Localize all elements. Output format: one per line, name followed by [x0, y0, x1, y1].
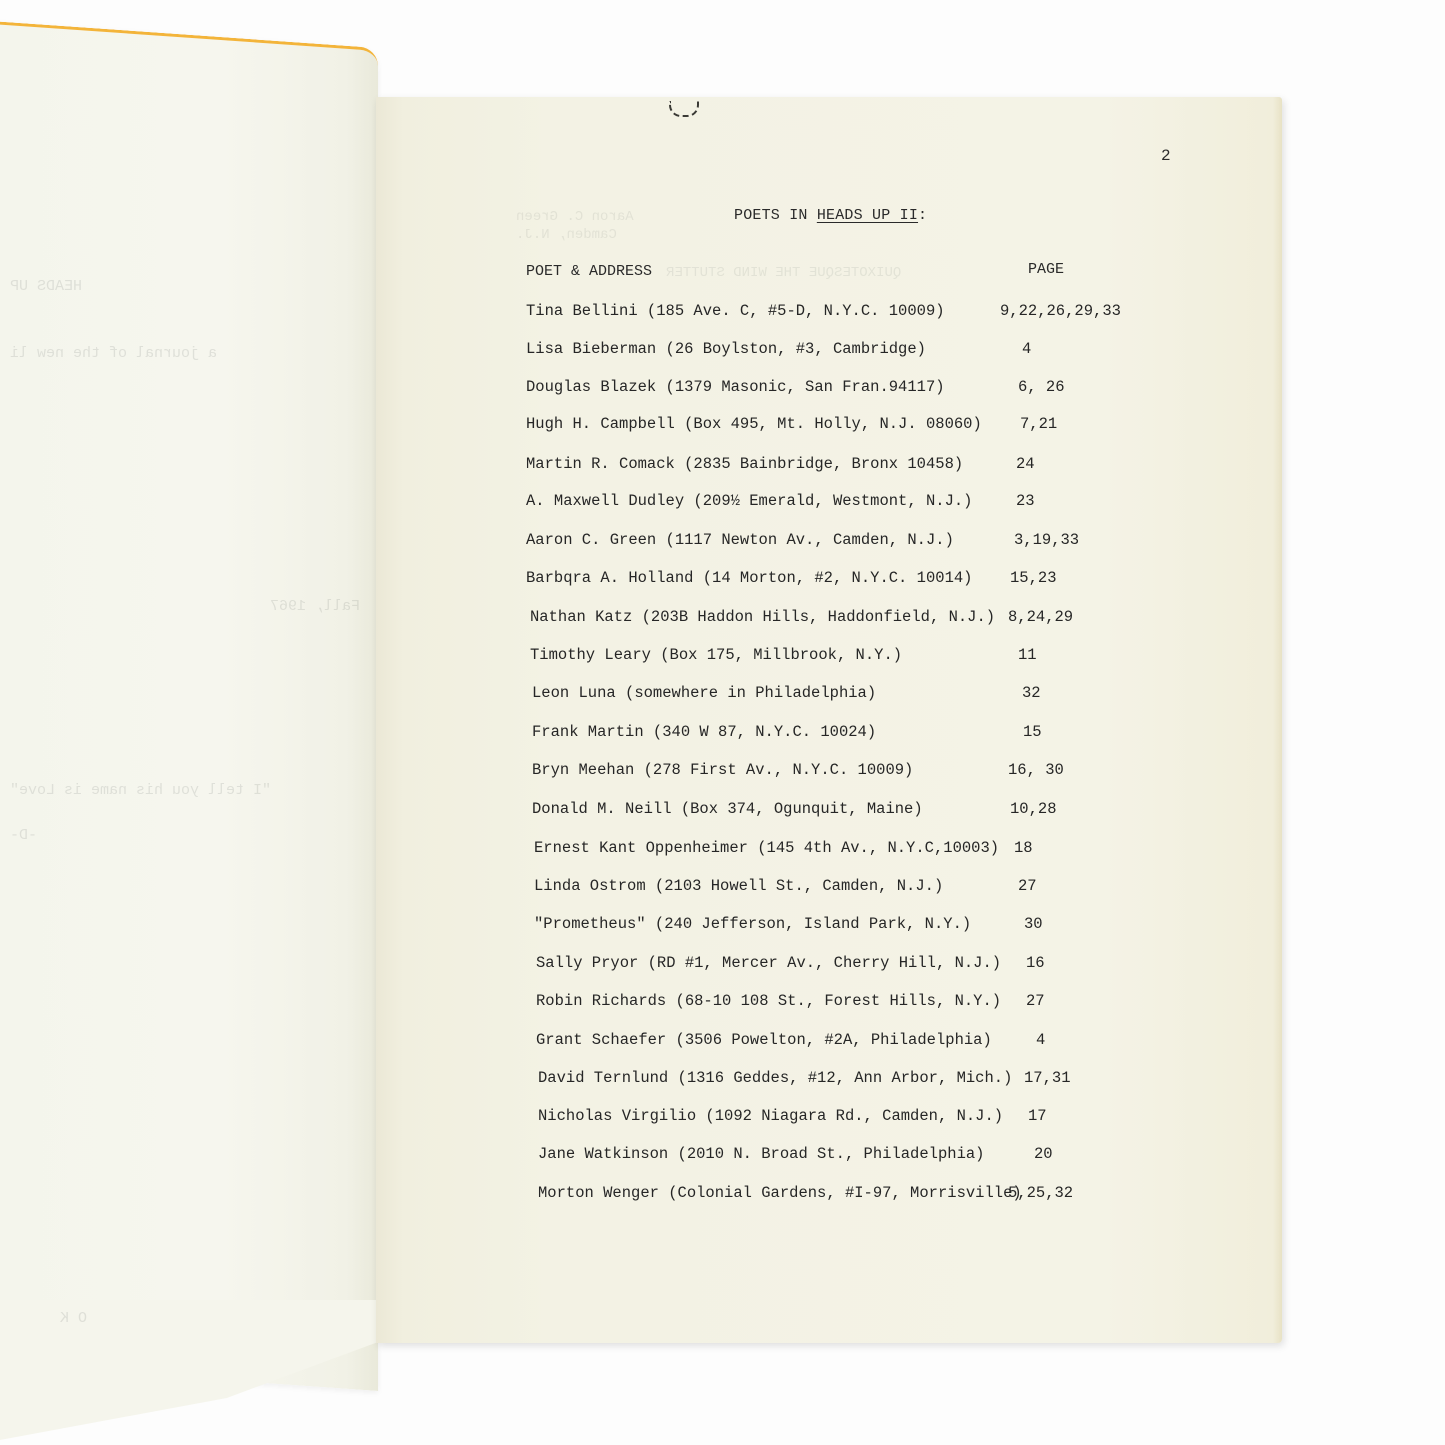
- poet-name-address: Donald M. Neill (Box 374, Ogunquit, Main…: [532, 800, 923, 818]
- poet-name-address: Jane Watkinson (2010 N. Broad St., Phila…: [538, 1145, 984, 1163]
- title-publication: HEADS UP II: [817, 207, 918, 224]
- poet-pages: 20: [1034, 1145, 1053, 1163]
- poet-pages: 3,19,33: [1014, 531, 1079, 549]
- poet-entry: Jane Watkinson (2010 N. Broad St., Phila…: [538, 1145, 1158, 1167]
- poet-entry: Aaron C. Green (1117 Newton Av., Camden,…: [526, 531, 1146, 553]
- bleed-through-line: QUIXOTESQUE THE WIND STUTTER: [666, 265, 901, 281]
- poet-pages: 6, 26: [1018, 378, 1065, 396]
- column-header-page: PAGE: [1028, 261, 1064, 278]
- poet-pages: 32: [1022, 684, 1041, 702]
- poet-name-address: Douglas Blazek (1379 Masonic, San Fran.9…: [526, 378, 945, 396]
- poet-name-address: Robin Richards (68-10 108 St., Forest Hi…: [536, 992, 1001, 1010]
- page-title: POETS IN HEADS UP II:: [734, 207, 927, 224]
- poet-entry: Robin Richards (68-10 108 St., Forest Hi…: [536, 992, 1156, 1014]
- bleed-through-line: HEADS UP: [10, 278, 82, 295]
- poet-entry: A. Maxwell Dudley (209½ Emerald, Westmon…: [526, 492, 1146, 514]
- poet-name-address: "Prometheus" (240 Jefferson, Island Park…: [534, 915, 971, 933]
- bleed-through-line: a journal of the new li: [10, 345, 217, 362]
- poet-pages: 15,23: [1010, 569, 1057, 587]
- bleed-through-line: Camden, N.J.: [516, 227, 617, 243]
- poet-name-address: Leon Luna (somewhere in Philadelphia): [532, 684, 876, 702]
- bleed-through-line: Aaron C. Green: [516, 209, 634, 225]
- right-page: Aaron C. Green Camden, N.J. QUIXOTESQUE …: [376, 97, 1282, 1343]
- poet-entry: Leon Luna (somewhere in Philadelphia)32: [532, 684, 1152, 706]
- poet-name-address: Ernest Kant Oppenheimer (145 4th Av., N.…: [534, 839, 999, 857]
- poet-entry: Barbqra A. Holland (14 Morton, #2, N.Y.C…: [526, 569, 1146, 591]
- poet-pages: 24: [1016, 455, 1035, 473]
- poet-name-address: Timothy Leary (Box 175, Millbrook, N.Y.): [530, 646, 902, 664]
- poet-pages: 16, 30: [1008, 761, 1064, 779]
- poet-entry: David Ternlund (1316 Geddes, #12, Ann Ar…: [538, 1069, 1158, 1091]
- poet-entry: Grant Schaefer (3506 Powelton, #2A, Phil…: [536, 1031, 1156, 1053]
- poet-name-address: Barbqra A. Holland (14 Morton, #2, N.Y.C…: [526, 569, 972, 587]
- bleed-through-line: Fall, 1967: [270, 598, 360, 615]
- poet-name-address: A. Maxwell Dudley (209½ Emerald, Westmon…: [526, 492, 972, 510]
- poet-pages: 4: [1022, 340, 1031, 358]
- poet-pages: 5,25,32: [1008, 1184, 1073, 1202]
- poet-pages: 27: [1018, 877, 1037, 895]
- poet-entry: Tina Bellini (185 Ave. C, #5-D, N.Y.C. 1…: [526, 302, 1146, 324]
- poet-name-address: Linda Ostrom (2103 Howell St., Camden, N…: [534, 877, 943, 895]
- poet-pages: 18: [1014, 839, 1033, 857]
- poet-entry: Ernest Kant Oppenheimer (145 4th Av., N.…: [534, 839, 1154, 861]
- poet-pages: 17,31: [1024, 1069, 1071, 1087]
- poet-entry: Nathan Katz (203B Haddon Hills, Haddonfi…: [530, 608, 1150, 630]
- poet-name-address: Aaron C. Green (1117 Newton Av., Camden,…: [526, 531, 954, 549]
- poet-pages: 10,28: [1010, 800, 1057, 818]
- poet-entry: Linda Ostrom (2103 Howell St., Camden, N…: [534, 877, 1154, 899]
- poet-pages: 11: [1018, 646, 1037, 664]
- poet-name-address: Tina Bellini (185 Ave. C, #5-D, N.Y.C. 1…: [526, 302, 945, 320]
- poet-entry: Sally Pryor (RD #1, Mercer Av., Cherry H…: [536, 954, 1156, 976]
- poet-pages: 16: [1026, 954, 1045, 972]
- poet-entry: Donald M. Neill (Box 374, Ogunquit, Main…: [532, 800, 1152, 822]
- poet-pages: 15: [1023, 723, 1042, 741]
- title-suffix: :: [918, 207, 927, 224]
- poet-pages: 23: [1016, 492, 1035, 510]
- poet-name-address: Hugh H. Campbell (Box 495, Mt. Holly, N.…: [526, 415, 982, 433]
- poet-entry: Frank Martin (340 W 87, N.Y.C. 10024)15: [532, 723, 1152, 745]
- page-number: 2: [1161, 147, 1171, 165]
- staple-mark-icon: [669, 101, 699, 117]
- poet-pages: 27: [1026, 992, 1045, 1010]
- poet-pages: 30: [1024, 915, 1043, 933]
- column-header-poet: POET & ADDRESS: [526, 263, 652, 280]
- poet-entry: Martin R. Comack (2835 Bainbridge, Bronx…: [526, 455, 1146, 477]
- poet-name-address: Sally Pryor (RD #1, Mercer Av., Cherry H…: [536, 954, 1001, 972]
- poet-pages: 9,22,26,29,33: [1000, 302, 1121, 320]
- poet-entry: Bryn Meehan (278 First Av., N.Y.C. 10009…: [532, 761, 1152, 783]
- book-spread: HEADS UPa journal of the new liFall, 196…: [0, 0, 1445, 1445]
- poet-name-address: Martin R. Comack (2835 Bainbridge, Bronx…: [526, 455, 963, 473]
- poet-name-address: Frank Martin (340 W 87, N.Y.C. 10024): [532, 723, 876, 741]
- poet-name-address: Grant Schaefer (3506 Powelton, #2A, Phil…: [536, 1031, 992, 1049]
- poet-entry: "Prometheus" (240 Jefferson, Island Park…: [534, 915, 1154, 937]
- poet-name-address: David Ternlund (1316 Geddes, #12, Ann Ar…: [538, 1069, 1012, 1087]
- poet-entry: Hugh H. Campbell (Box 495, Mt. Holly, N.…: [526, 415, 1146, 437]
- poet-entry: Timothy Leary (Box 175, Millbrook, N.Y.)…: [530, 646, 1150, 668]
- poet-entry: Nicholas Virgilio (1092 Niagara Rd., Cam…: [538, 1107, 1158, 1129]
- poet-name-address: Bryn Meehan (278 First Av., N.Y.C. 10009…: [532, 761, 913, 779]
- poet-pages: 8,24,29: [1008, 608, 1073, 626]
- poet-name-address: Nathan Katz (203B Haddon Hills, Haddonfi…: [530, 608, 995, 626]
- poet-pages: 17: [1028, 1107, 1047, 1125]
- bleed-through-line: "I tell you his name is Love": [10, 782, 271, 799]
- poet-entry: Lisa Bieberman (26 Boylston, #3, Cambrid…: [526, 340, 1146, 362]
- poet-pages: 4: [1036, 1031, 1045, 1049]
- poet-name-address: Nicholas Virgilio (1092 Niagara Rd., Cam…: [538, 1107, 1003, 1125]
- poet-pages: 7,21: [1020, 415, 1057, 433]
- poet-name-address: Morton Wenger (Colonial Gardens, #I-97, …: [538, 1184, 1022, 1202]
- title-prefix: POETS IN: [734, 207, 817, 224]
- bleed-through-line: -D-: [10, 827, 37, 844]
- left-page: [0, 20, 378, 1391]
- bleed-through-line: O K: [60, 1310, 87, 1327]
- poet-name-address: Lisa Bieberman (26 Boylston, #3, Cambrid…: [526, 340, 926, 358]
- poet-entry: Morton Wenger (Colonial Gardens, #I-97, …: [538, 1184, 1158, 1206]
- poet-entry: Douglas Blazek (1379 Masonic, San Fran.9…: [526, 378, 1146, 400]
